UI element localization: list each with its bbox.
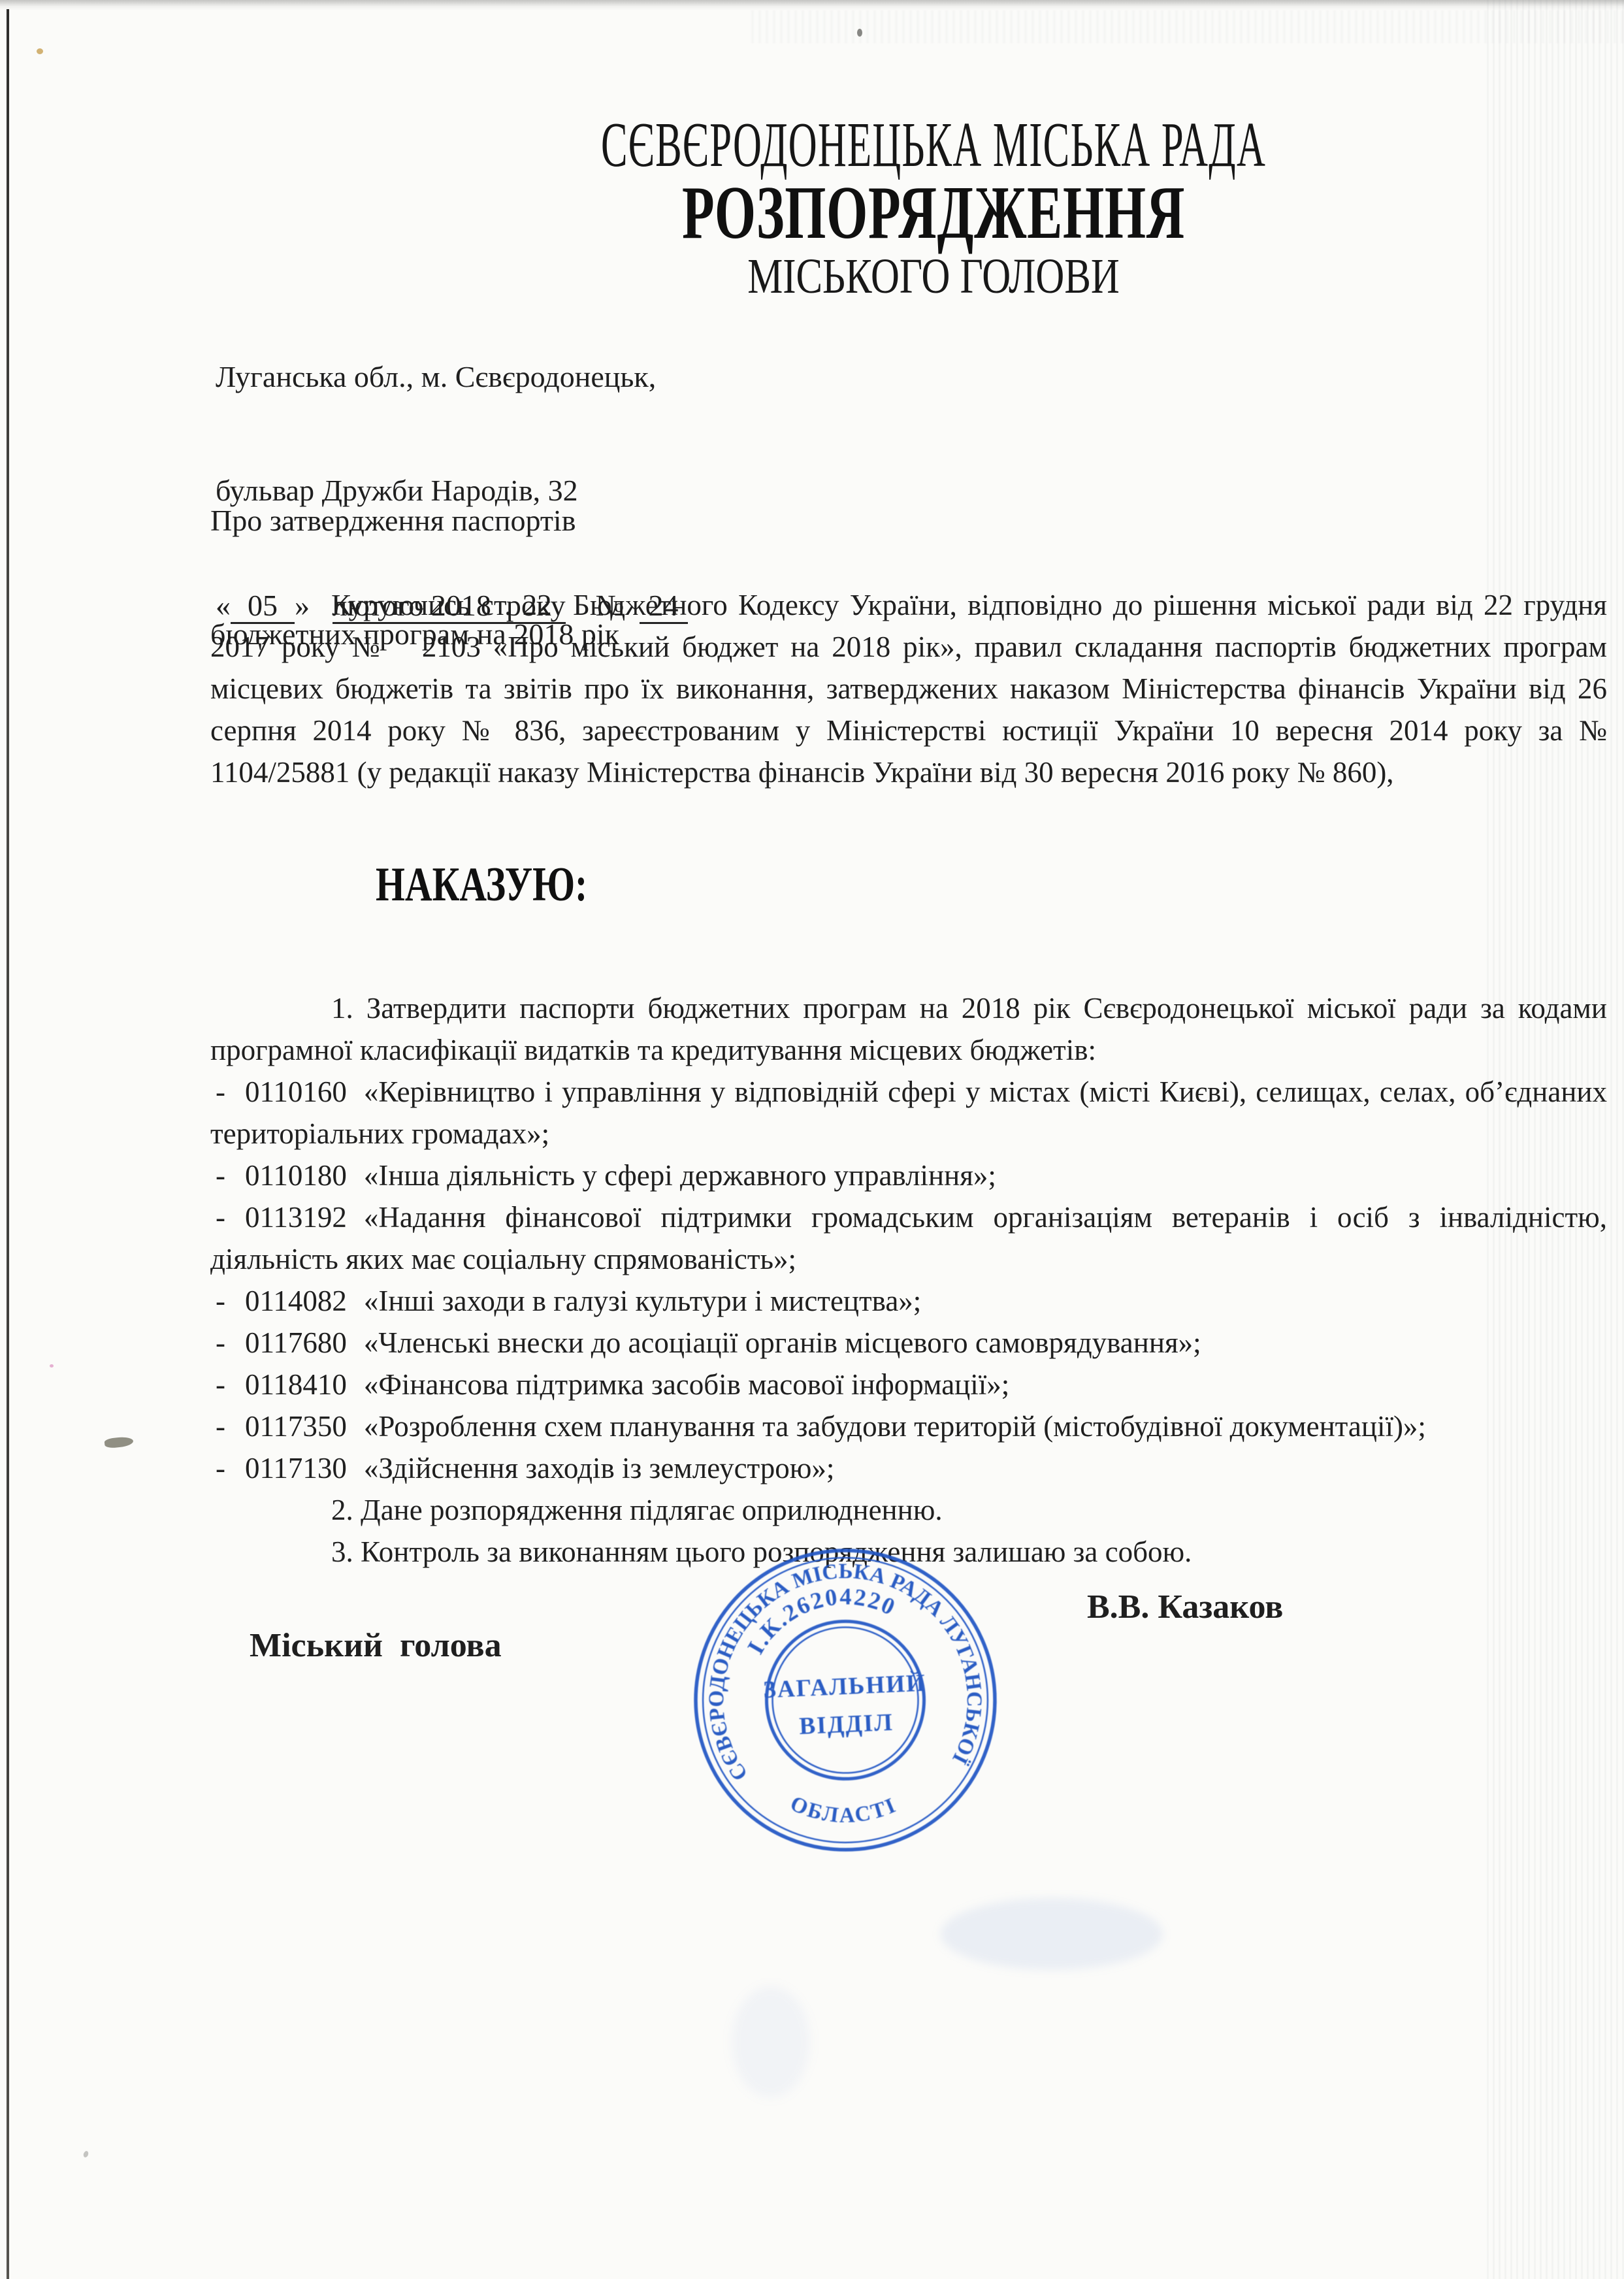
address-line-1: Луганська обл., м. Сєвєродонецьк, — [216, 358, 688, 396]
program-title: «Інша діяльність у сфері державного упра… — [364, 1159, 996, 1192]
list-dash: - — [216, 1410, 225, 1443]
paper-speck — [83, 2150, 89, 2158]
item-2-line: 2. Дане розпорядження підлягає оприлюдне… — [210, 1489, 1607, 1531]
subject-line-1: Про затвердження паспортів — [210, 502, 619, 540]
program-title: «Надання фінансової підтримки громадськи… — [210, 1201, 1614, 1275]
document-subtype-text: МІСЬКОГО ГОЛОВИ — [747, 248, 1120, 305]
program-list-item: -0113192«Надання фінансової підтримки гр… — [210, 1196, 1607, 1280]
list-dash: - — [216, 1159, 225, 1192]
scanned-document-page: СЄВЄРОДОНЕЦЬКА МІСЬКА РАДА РОЗПОРЯДЖЕННЯ… — [0, 0, 1624, 2279]
stamp-center-line-2: ВІДДІЛ — [799, 1709, 894, 1740]
stamp-center-line-1: ЗАГАЛЬНИЙ — [762, 1669, 926, 1704]
order-word-text: НАКАЗУЮ: — [376, 864, 587, 906]
ink-smudge — [941, 1898, 1163, 1970]
scan-edge-line — [7, 9, 9, 2279]
program-code: 0117680 — [245, 1326, 347, 1359]
paper-speck — [50, 1364, 54, 1368]
list-dash: - — [216, 1326, 225, 1359]
program-list-item: -0117680«Членські внески до асоціації ор… — [210, 1322, 1607, 1364]
pen-smudge — [104, 1436, 133, 1449]
program-code: 0114082 — [245, 1285, 347, 1317]
program-list-item: -0117350«Розроблення схем планування та … — [210, 1405, 1607, 1447]
list-dash: - — [216, 1285, 225, 1317]
list-dash: - — [216, 1075, 225, 1108]
program-title: «Розроблення схем планування та забудови… — [364, 1410, 1426, 1443]
preamble-paragraph: Куруючись ст. 22 Бюджетного Кодексу Укра… — [210, 584, 1607, 793]
program-list-item: -0117130«Здійснення заходів із землеустр… — [210, 1447, 1607, 1489]
program-title: «Здійснення заходів із землеустрою»; — [364, 1452, 835, 1484]
program-list-item: -0110160«Керівництво і управління у відп… — [210, 1071, 1607, 1155]
program-code: 0117350 — [245, 1410, 347, 1443]
list-dash: - — [216, 1201, 225, 1234]
program-list: -0110160«Керівництво і управління у відп… — [210, 1071, 1607, 1489]
official-round-stamp: СЄВЄРОДОНЕЦЬКА МІСЬКА РАДА ЛУГАНСЬКОЇ ОБ… — [685, 1539, 1006, 1861]
ink-smudge — [732, 1986, 810, 2097]
program-code: 0113192 — [245, 1201, 347, 1234]
order-word: НАКАЗУЮ: — [331, 822, 1607, 953]
list-dash: - — [216, 1368, 225, 1401]
scan-top-band — [0, 0, 1624, 10]
paper-speck — [37, 48, 43, 54]
program-title: «Фінансова підтримка засобів масової інф… — [364, 1368, 1009, 1401]
signer-name: В.В. Казаков — [1087, 1588, 1283, 1626]
program-code: 0110160 — [245, 1075, 347, 1108]
list-dash: - — [216, 1452, 225, 1484]
program-code: 0118410 — [245, 1368, 347, 1401]
program-code: 0110180 — [245, 1159, 347, 1192]
program-list-item: -0114082«Інші заходи в галузі культури і… — [210, 1280, 1607, 1322]
stamp-ring-bottom-text: ОБЛАСТІ — [786, 1787, 900, 1830]
signer-position: Міський голова — [250, 1627, 502, 1664]
program-code: 0117130 — [245, 1452, 347, 1484]
item-1-paragraph: 1. Затвердити паспорти бюджетних програм… — [210, 987, 1607, 1071]
program-title: «Членські внески до асоціації органів мі… — [364, 1326, 1201, 1359]
document-body: Куруючись ст. 22 Бюджетного Кодексу Укра… — [210, 584, 1607, 1573]
program-list-item: -0110180«Інша діяльність у сфері державн… — [210, 1155, 1607, 1196]
program-title: «Керівництво і управління у відповідній … — [210, 1075, 1614, 1150]
paper-speck — [857, 29, 862, 37]
program-title: «Інші заходи в галузі культури і мистецт… — [364, 1285, 921, 1317]
program-list-item: -0118410«Фінансова підтримка засобів мас… — [210, 1364, 1607, 1405]
